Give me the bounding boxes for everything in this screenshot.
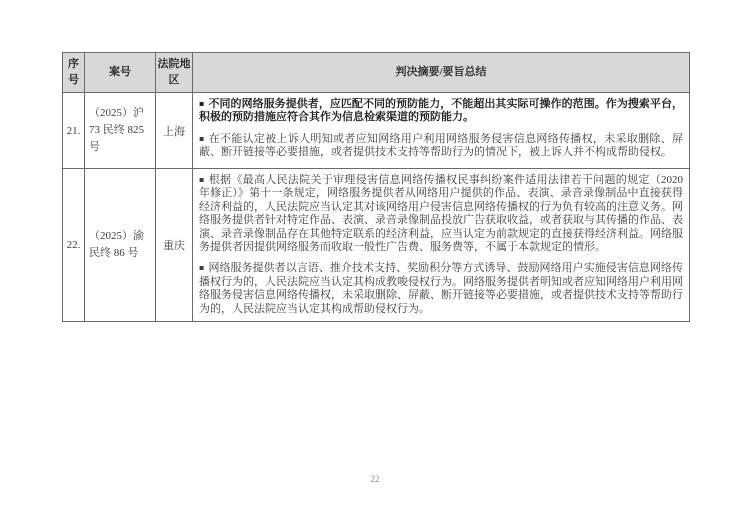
header-court-region: 法院地区 (156, 53, 193, 93)
summary-text: 根据《最高人民法院关于审理侵害信息网络传播权民事纠纷案件适用法律若干问题的规定（… (199, 174, 683, 253)
serial-number: 21. (63, 93, 85, 169)
summary-text: 不同的网络服务提供者，应匹配不同的预防能力，不能超出其实际可操作的范围。作为搜索… (199, 98, 683, 123)
serial-number: 22. (63, 169, 85, 322)
court-region: 上海 (156, 93, 193, 169)
case-number: （2025）渝民终 86 号 (85, 169, 156, 322)
court-region: 重庆 (156, 169, 193, 322)
summary-text: 网络服务提供者以言语、推介技术支持、奖励积分等方式诱导、鼓励网络用户实施侵害信息… (199, 262, 683, 314)
document-page: 序号 案号 法院地区 判决摘要/要旨总结 21. （2025）沪 73 民终 8… (0, 0, 750, 530)
case-summary-table: 序号 案号 法院地区 判决摘要/要旨总结 21. （2025）沪 73 民终 8… (62, 52, 690, 322)
summary-bullet-item: ▪根据《最高人民法院关于审理侵害信息网络传播权民事纠纷案件适用法律若干问题的规定… (199, 174, 683, 254)
judgment-summary-cell: ▪根据《最高人民法院关于审理侵害信息网络传播权民事纠纷案件适用法律若干问题的规定… (193, 169, 690, 322)
case-number: （2025）沪 73 民终 825 号 (85, 93, 156, 169)
judgment-summary-cell: ▪不同的网络服务提供者，应匹配不同的预防能力，不能超出其实际可操作的范围。作为搜… (193, 93, 690, 169)
square-bullet-icon: ▪ (199, 263, 204, 273)
summary-bullet-item: ▪不同的网络服务提供者，应匹配不同的预防能力，不能超出其实际可操作的范围。作为搜… (199, 98, 683, 125)
header-case-number: 案号 (85, 53, 156, 93)
summary-text: 在不能认定被上诉人明知或者应知网络用户利用网络服务侵害信息网络传播权，未采取删除… (199, 133, 683, 158)
page-number: 22 (0, 474, 750, 484)
table-row: 22. （2025）渝民终 86 号 重庆 ▪根据《最高人民法院关于审理侵害信息… (63, 169, 690, 322)
summary-bullet-item: ▪网络服务提供者以言语、推介技术支持、奖励积分等方式诱导、鼓励网络用户实施侵害信… (199, 262, 683, 316)
square-bullet-icon: ▪ (199, 175, 204, 185)
table-header-row: 序号 案号 法院地区 判决摘要/要旨总结 (63, 53, 690, 93)
square-bullet-icon: ▪ (199, 99, 204, 109)
header-serial-number: 序号 (63, 53, 85, 93)
table-row: 21. （2025）沪 73 民终 825 号 上海 ▪不同的网络服务提供者，应… (63, 93, 690, 169)
square-bullet-icon: ▪ (199, 134, 204, 144)
summary-bullet-item: ▪在不能认定被上诉人明知或者应知网络用户利用网络服务侵害信息网络传播权，未采取删… (199, 133, 683, 160)
header-judgment-summary: 判决摘要/要旨总结 (193, 53, 690, 93)
